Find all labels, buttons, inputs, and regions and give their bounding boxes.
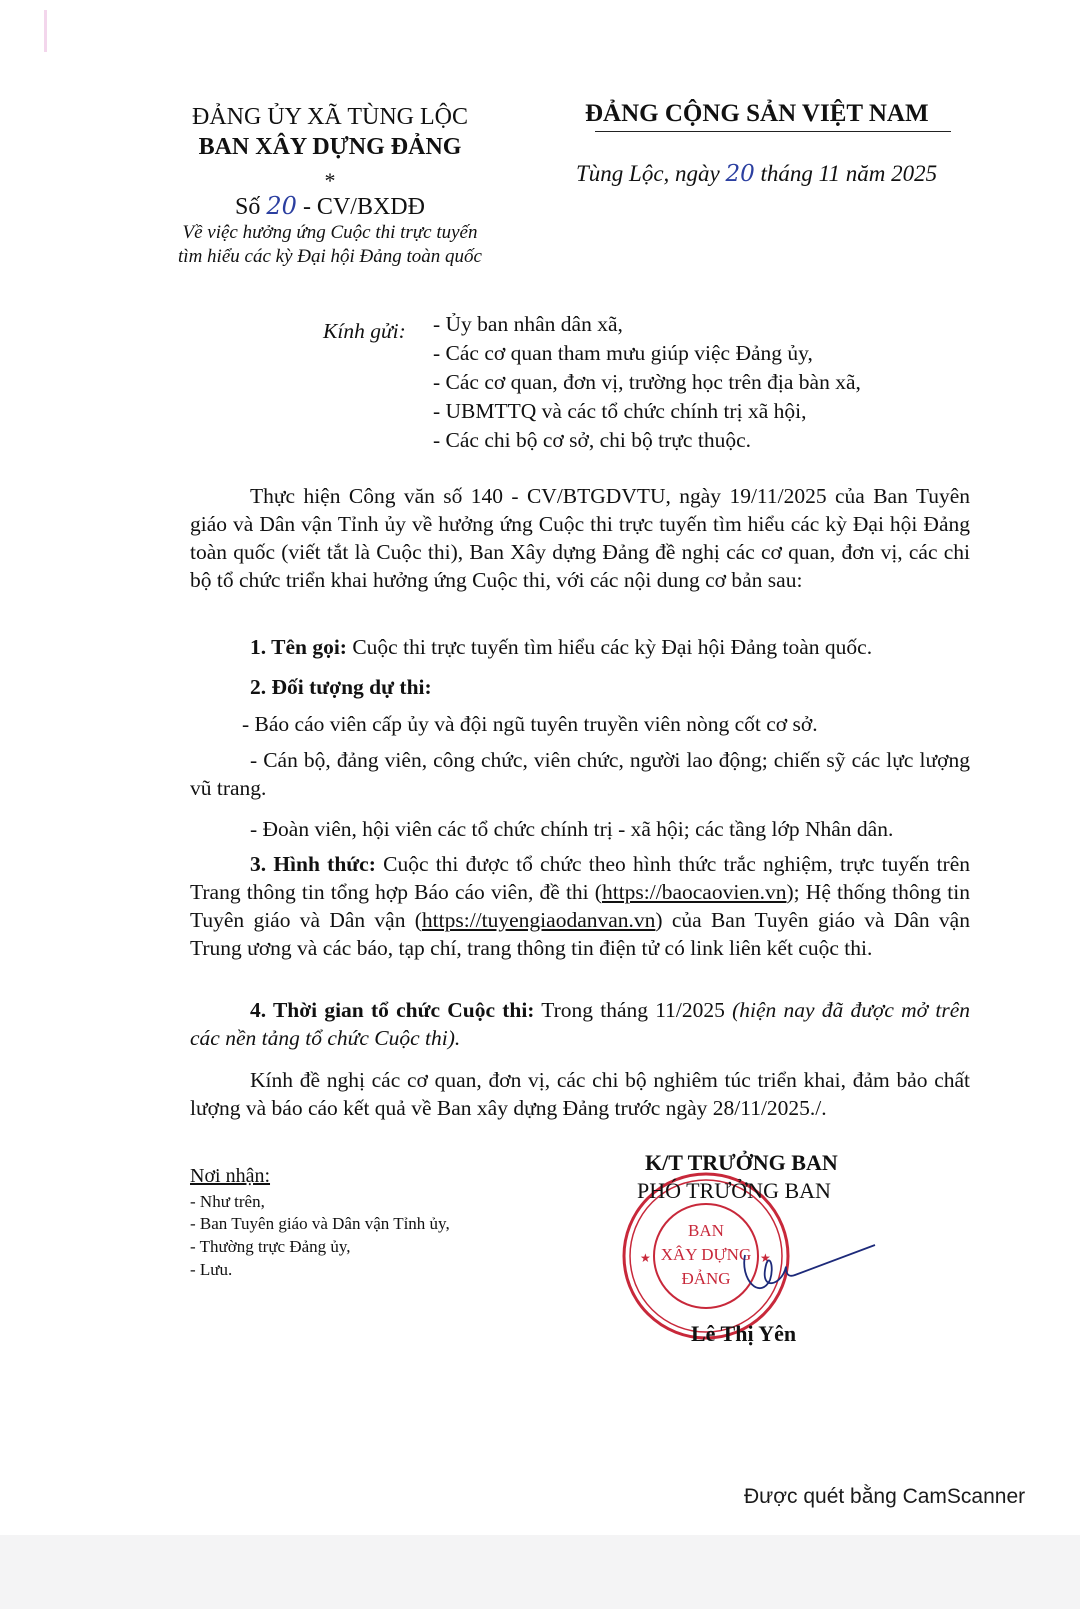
section-3-label: 3. Hình thức: <box>250 852 376 876</box>
svg-text:XÂY DỰNG: XÂY DỰNG <box>661 1245 751 1264</box>
org-name: ĐẢNG ỦY XÃ TÙNG LỘC <box>150 104 510 131</box>
section-4-text: Trong tháng 11/2025 <box>534 998 732 1022</box>
section-1-text: Cuộc thi trực tuyến tìm hiểu các kỳ Đại … <box>347 635 872 659</box>
section-3: 3. Hình thức: Cuộc thi được tổ chức theo… <box>190 850 970 962</box>
signatory-title-1: K/T TRƯỞNG BAN <box>645 1150 838 1176</box>
date-suffix: tháng 11 năm 2025 <box>761 161 938 186</box>
handwritten-number: 20 <box>266 192 297 220</box>
scan-artifact <box>44 10 47 52</box>
section-2-item: - Báo cáo viên cấp ủy và đội ngũ tuyên t… <box>190 710 970 738</box>
svg-text:BAN: BAN <box>688 1221 724 1240</box>
party-underline <box>595 131 951 132</box>
subject-line-2: tìm hiểu các kỳ Đại hội Đảng toàn quốc <box>150 246 510 268</box>
org-department: BAN XÂY DỰNG ĐẢNG <box>150 134 510 161</box>
recipients-list-item: - Thường trực Đảng ủy, <box>190 1237 351 1257</box>
document-number: Số 20 - CV/BXDĐ <box>150 192 510 221</box>
svg-text:ĐẢNG: ĐẢNG <box>681 1269 730 1288</box>
recipients-label: Kính gửi: <box>323 319 406 344</box>
section-2-item: - Cán bộ, đảng viên, công chức, viên chứ… <box>190 746 970 802</box>
camscanner-watermark: Được quét bằng CamScanner <box>744 1485 1025 1509</box>
subject-line-1: Về việc hưởng ứng Cuộc thi trực tuyến <box>150 222 510 244</box>
handwritten-signature <box>740 1240 880 1310</box>
star-separator: * <box>150 168 510 194</box>
recipients-list-title: Nơi nhận: <box>190 1165 270 1188</box>
section-2-heading: 2. Đối tượng dự thi: <box>190 673 970 701</box>
recipient-item: - Các chi bộ cơ sở, chi bộ trực thuộc. <box>433 428 751 453</box>
document-page: ĐẢNG ỦY XÃ TÙNG LỘC BAN XÂY DỰNG ĐẢNG * … <box>0 0 1080 1535</box>
number-suffix: - CV/BXDĐ <box>303 194 425 220</box>
section-4-label: 4. Thời gian tổ chức Cuộc thi: <box>250 998 534 1022</box>
intro-paragraph: Thực hiện Công văn số 140 - CV/BTGDVTU, … <box>190 482 970 594</box>
signatory-name: Lê Thị Yên <box>691 1321 796 1347</box>
recipient-item: - Các cơ quan tham mưu giúp việc Đảng ủy… <box>433 341 813 366</box>
section-4: 4. Thời gian tổ chức Cuộc thi: Trong thá… <box>190 996 970 1052</box>
recipients-list-item: - Lưu. <box>190 1260 232 1280</box>
link-tuyengiaodanvan[interactable]: https://tuyengiaodanvan.vn <box>422 908 655 932</box>
section-1-label: 1. Tên gọi: <box>250 635 347 659</box>
viewer-bottom-bar <box>0 1535 1080 1609</box>
recipient-item: - Ủy ban nhân dân xã, <box>433 312 623 337</box>
recipients-list-item: - Như trên, <box>190 1192 265 1212</box>
recipients-list-item: - Ban Tuyên giáo và Dân vận Tỉnh ủy, <box>190 1214 450 1234</box>
signatory-title-2: PHÓ TRƯỞNG BAN <box>637 1178 831 1204</box>
document-date: Tùng Lộc, ngày 20 tháng 11 năm 2025 <box>576 161 937 187</box>
date-prefix: Tùng Lộc, ngày <box>576 161 720 186</box>
section-1: 1. Tên gọi: Cuộc thi trực tuyến tìm hiểu… <box>190 633 970 661</box>
number-prefix: Số <box>235 194 260 220</box>
recipient-item: - Các cơ quan, đơn vị, trường học trên đ… <box>433 370 861 395</box>
section-2-item: - Đoàn viên, hội viên các tổ chức chính … <box>190 815 970 843</box>
party-name: ĐẢNG CỘNG SẢN VIỆT NAM <box>585 100 929 128</box>
recipient-item: - UBMTTQ và các tổ chức chính trị xã hội… <box>433 399 806 424</box>
section-2-label: 2. Đối tượng dự thi: <box>250 675 432 699</box>
handwritten-day: 20 <box>726 161 755 187</box>
svg-text:★: ★ <box>640 1251 651 1265</box>
link-baocaovien[interactable]: https://baocaovien.vn <box>602 880 787 904</box>
closing-paragraph: Kính đề nghị các cơ quan, đơn vị, các ch… <box>190 1066 970 1122</box>
